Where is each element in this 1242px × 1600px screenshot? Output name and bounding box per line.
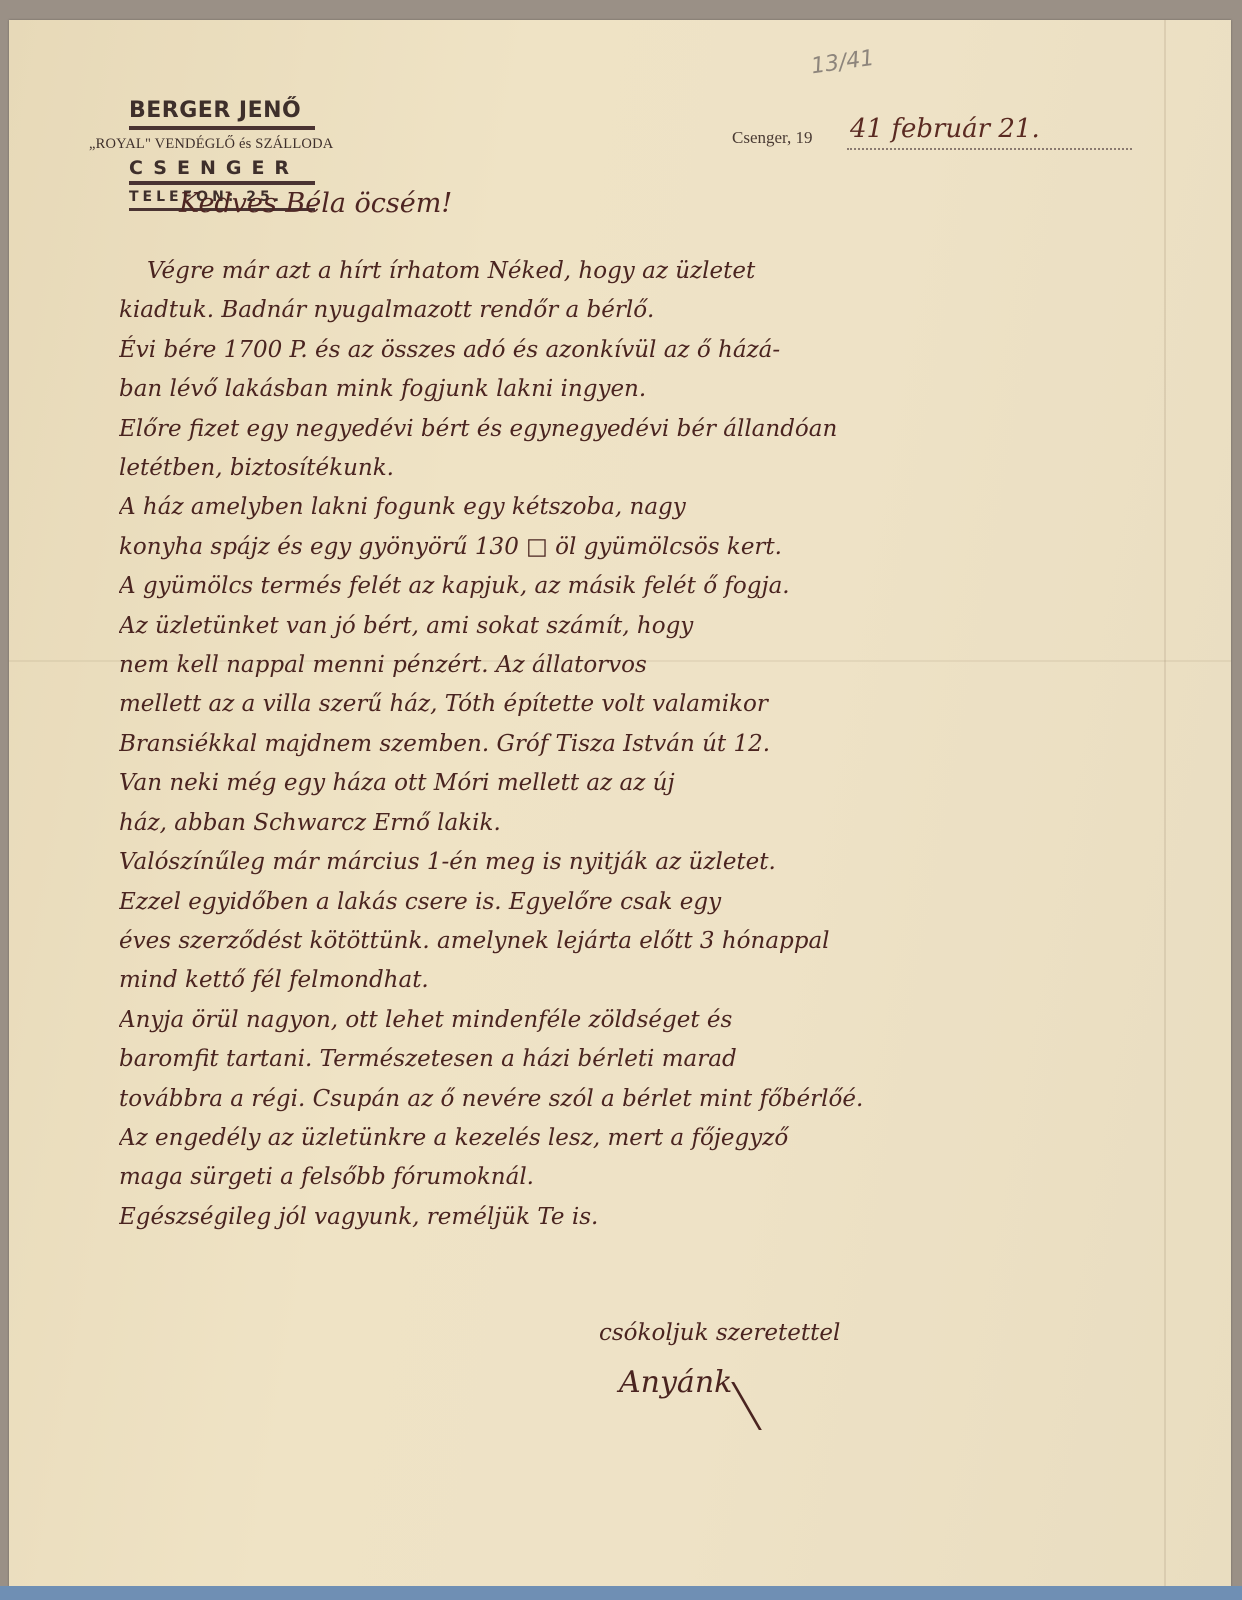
signature: Anyánk xyxy=(619,1365,732,1400)
letter-page: BERGER JENŐ „ROYAL" VENDÉGLŐ és SZÁLLODA… xyxy=(9,20,1231,1592)
letterhead-business: „ROYAL" VENDÉGLŐ és SZÁLLODA xyxy=(89,136,349,153)
letterhead-name: BERGER JENŐ xyxy=(129,98,315,130)
body-line: Anyja örül nagyon, ott lehet mindenféle … xyxy=(119,1001,1209,1040)
background-surface xyxy=(0,1586,1242,1600)
signature-flourish xyxy=(725,1382,762,1430)
body-line: Évi bére 1700 P. és az összes adó és azo… xyxy=(119,331,1209,370)
dateline-printed: Csenger, 19 xyxy=(732,128,813,147)
body-line: maga sürgeti a felsőbb fórumoknál. xyxy=(119,1158,1209,1197)
salutation: Kedves Béla öcsém! xyxy=(179,188,452,219)
closing: csókoljuk szeretettel xyxy=(599,1320,840,1346)
dateline-dotted-rule xyxy=(847,148,1132,150)
body-line: A gyümölcs termés felét az kapjuk, az má… xyxy=(119,567,1209,606)
body-line: Bransiékkal majdnem szemben. Gróf Tisza … xyxy=(119,725,1209,764)
dateline: Csenger, 19 41 február 21. xyxy=(732,128,1132,148)
body-line: éves szerződést kötöttünk. amelynek lejá… xyxy=(119,922,1209,961)
body-line: Valószínűleg már március 1-én meg is nyi… xyxy=(119,843,1209,882)
body-line: Előre fizet egy negyedévi bért és egyneg… xyxy=(119,410,1209,449)
letter-body: Végre már azt a hírt írhatom Néked, hogy… xyxy=(119,252,1209,1237)
dateline-handwritten: 41 február 21. xyxy=(850,114,1040,144)
body-line: Egészségileg jól vagyunk, reméljük Te is… xyxy=(119,1198,1209,1237)
letterhead-city: CSENGER xyxy=(129,157,315,185)
body-line: A ház amelyben lakni fogunk egy kétszoba… xyxy=(119,488,1209,527)
body-line: nem kell nappal menni pénzért. Az állato… xyxy=(119,646,1209,685)
body-line: kiadtuk. Badnár nyugalmazott rendőr a bé… xyxy=(119,291,1209,330)
body-line: mind kettő fél felmondhat. xyxy=(119,961,1209,1000)
body-line: mellett az a villa szerű ház, Tóth építe… xyxy=(119,685,1209,724)
body-line: továbbra a régi. Csupán az ő nevére szól… xyxy=(119,1080,1209,1119)
body-line: ban lévő lakásban mink fogjunk lakni ing… xyxy=(119,370,1209,409)
archive-number: 13/41 xyxy=(810,46,876,80)
body-line: baromfit tartani. Természetesen a házi b… xyxy=(119,1040,1209,1079)
body-line: Ezzel egyidőben a lakás csere is. Egyelő… xyxy=(119,883,1209,922)
body-line: Az üzletünket van jó bért, ami sokat szá… xyxy=(119,607,1209,646)
body-line: letétben, biztosítékunk. xyxy=(119,449,1209,488)
body-line: ház, abban Schwarcz Ernő lakik. xyxy=(119,804,1209,843)
body-line: Végre már azt a hírt írhatom Néked, hogy… xyxy=(119,252,1209,291)
body-line: Az engedély az üzletünkre a kezelés lesz… xyxy=(119,1119,1209,1158)
body-line: Van neki még egy háza ott Móri mellett a… xyxy=(119,764,1209,803)
body-line: konyha spájz és egy gyönyörű 130 □ öl gy… xyxy=(119,528,1209,567)
